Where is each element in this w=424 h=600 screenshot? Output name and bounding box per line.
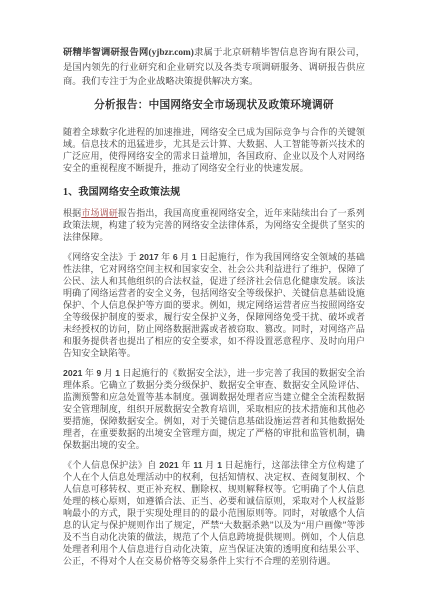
body-paragraph: 随着全球数字化进程的加速推进，网络安全已成为国际竞争与合作的关键领域。信息技术的…: [63, 126, 365, 174]
body-paragraph: 根据市场调研报告指出，我国高度重视网络安全，近年来陆续出台了一系列政策法规，构建…: [63, 207, 365, 243]
text-run: 月: [101, 368, 115, 378]
text-run: 年: [159, 252, 173, 262]
brand-name: 研精毕智调研报告网(yjbzr.com): [63, 48, 194, 58]
page-title: 分析报告：中国网络安全市场现状及政策环境调研: [63, 97, 365, 112]
body-paragraph: 《网络安全法》于 2017 年 6 月 1 日起施行，作为我国网络安全领域的基础…: [63, 251, 365, 359]
text-run: 日起施行，作为我国网络安全领域的基础性法律，它对网络空间主权和国家安全、社会公共…: [63, 252, 365, 358]
section-heading: 1、我国网络安全政策法规: [63, 183, 365, 198]
text-run: 《网络安全法》于: [63, 252, 139, 262]
text-run: 《个人信息保护法》自: [63, 460, 159, 470]
text-run: 月: [203, 460, 218, 470]
bold-number: 2021: [159, 460, 179, 470]
bold-number: 2017: [139, 252, 159, 262]
bold-number: 2021: [63, 368, 83, 378]
text-run: 月: [178, 252, 192, 262]
text-run: 年: [83, 368, 97, 378]
bold-number: 11: [193, 460, 202, 470]
body-paragraph: 《个人信息保护法》自 2021 年 11 月 1 日起施行，这部法律全方位构建了…: [63, 459, 365, 567]
document-content: 研精毕智调研报告网(yjbzr.com)隶属于北京研精毕智信息咨询有限公司，是国…: [63, 46, 365, 575]
intro-paragraph: 研精毕智调研报告网(yjbzr.com)隶属于北京研精毕智信息咨询有限公司，是国…: [63, 46, 365, 90]
text-run: 年: [179, 460, 194, 470]
text-run: 随着全球数字化进程的加速推进，网络安全已成为国际竞争与合作的关键领域。信息技术的…: [63, 127, 365, 173]
text-run: 根据: [63, 208, 81, 218]
body-paragraph: 2021 年 9 月 1 日起施行的《数据安全法》，进一步完善了我国的数据安全治…: [63, 367, 365, 451]
document-page: 研精毕智调研报告网(yjbzr.com)隶属于北京研精毕智信息咨询有限公司，是国…: [0, 0, 424, 600]
document-body: 随着全球数字化进程的加速推进，网络安全已成为国际竞争与合作的关键领域。信息技术的…: [63, 126, 365, 567]
text-run: 日起施行的《数据安全法》，进一步完善了我国的数据安全治理体系。它确立了数据分类分…: [63, 368, 365, 450]
inline-link[interactable]: 市场调研: [81, 208, 118, 218]
text-run: 日起施行，这部法律全方位构建了个人在个人信息处理活动中的权利，包括知情权、决定权…: [63, 460, 365, 566]
